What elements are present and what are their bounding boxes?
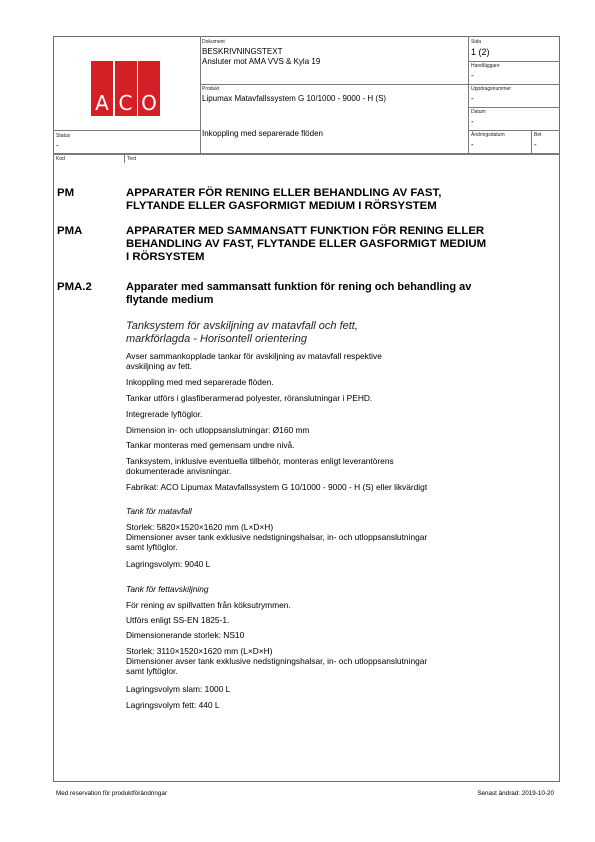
handlaggare-label: Handläggare (471, 63, 500, 69)
paragraph: Tanksystem, inklusive eventuella tillbeh… (126, 456, 546, 476)
section-code-pm: PM (57, 187, 74, 200)
heading-line: flytande medium (126, 294, 526, 307)
paragraph: Dimensionerande storlek: NS10 (126, 630, 546, 640)
produkt-value: Lipumax Matavfallssystem G 10/1000 - 900… (202, 94, 386, 104)
section-heading-pma: APPARATER MED SAMMANSATT FUNKTION FÖR RE… (126, 225, 526, 264)
document-subtitle: Inkoppling med separerade flöden (202, 129, 323, 139)
paragraph: Lagringsvolym fett: 440 L (126, 700, 546, 710)
divider (200, 84, 560, 85)
line: samt lyftöglor. (126, 666, 546, 676)
divider (468, 36, 469, 154)
paragraph: Storlek: 5820×1520×1620 mm (L×D×H) Dimen… (126, 522, 546, 553)
title-line: markförlagda - Horisontell orientering (126, 333, 526, 346)
paragraph: Avser sammankopplade tankar för avskiljn… (126, 351, 546, 371)
line: Dimensioner avser tank exklusive nedstig… (126, 656, 546, 666)
divider (53, 153, 560, 155)
line: dokumenterade anvisningar. (126, 466, 546, 476)
line: Dimensionerande storlek: NS10 (126, 630, 546, 640)
paragraph: För rening av spillvatten från köksutrym… (126, 600, 546, 610)
line: samt lyftöglor. (126, 542, 546, 552)
line: Lagringsvolym slam: 1000 L (126, 684, 546, 694)
line: Tankar utförs i glasfiberarmerad polyest… (126, 393, 546, 403)
paragraph: Lagringsvolym: 9040 L (126, 559, 546, 569)
tank-matavfall-heading: Tank för matavfall (126, 506, 192, 516)
line: Avser sammankopplade tankar för avskiljn… (126, 351, 546, 361)
line: Storlek: 3110×1520×1620 mm (L×D×H) (126, 646, 546, 656)
dokument-line-2: Ansluter mot AMA VVS & Kyla 19 (202, 57, 320, 67)
line: Storlek: 5820×1520×1620 mm (L×D×H) (126, 522, 546, 532)
andringsdatum-value: - (471, 140, 474, 150)
product-title: Tanksystem för avskiljning av matavfall … (126, 320, 526, 346)
heading-line: APPARATER MED SAMMANSATT FUNKTION FÖR RE… (126, 225, 526, 238)
paragraph: Dimension in- och utloppsanslutningar: Ø… (126, 425, 546, 435)
aco-logo: A C O (91, 61, 160, 116)
handlaggare-value: - (471, 71, 474, 81)
divider (200, 36, 201, 154)
line: Dimensioner avser tank exklusive nedstig… (126, 532, 546, 542)
paragraph: Integrerade lyftöglor. (126, 409, 546, 419)
paragraph: Utförs enligt SS-EN 1825-1. (126, 615, 546, 625)
line: avskiljning av fett. (126, 361, 546, 371)
dokument-label: Dokument (202, 39, 225, 45)
heading-line: BEHANDLING AV FAST, FLYTANDE ELLER GASFO… (126, 238, 526, 251)
footer-last-modified: Senast ändrad: 2019-10-20 (477, 790, 554, 797)
paragraph: Inkoppling med med separerade flöden. (126, 377, 546, 387)
paragraph: Tankar monteras med gemensam undre nivå. (126, 440, 546, 450)
uppdragsnummer-value: - (471, 94, 474, 104)
uppdragsnummer-label: Uppdragsnummer (471, 86, 511, 92)
line: Integrerade lyftöglor. (126, 409, 546, 419)
produkt-label: Produkt (202, 86, 219, 92)
paragraph: Fabrikat: ACO Lipumax Matavfallssystem G… (126, 482, 546, 492)
divider (53, 130, 200, 131)
line: Utförs enligt SS-EN 1825-1. (126, 615, 546, 625)
bet-label: Bet (534, 132, 542, 138)
line: Dimension in- och utloppsanslutningar: Ø… (126, 425, 546, 435)
divider (468, 61, 560, 62)
divider (468, 130, 560, 131)
andringsdatum-label: Ändringsdatum (471, 132, 505, 138)
logo-letter: O (138, 93, 160, 113)
line: För rening av spillvatten från köksutrym… (126, 600, 546, 610)
paragraph: Tankar utförs i glasfiberarmerad polyest… (126, 393, 546, 403)
section-heading-pma2: Apparater med sammansatt funktion för re… (126, 281, 526, 307)
sida-value: 1 (2) (471, 47, 490, 57)
title-line: Tanksystem för avskiljning av matavfall … (126, 320, 526, 333)
section-code-pma: PMA (57, 225, 82, 238)
paragraph: Lagringsvolym slam: 1000 L (126, 684, 546, 694)
line: Lagringsvolym: 9040 L (126, 559, 546, 569)
divider (531, 130, 532, 154)
datum-label: Datum (471, 109, 486, 115)
datum-value: - (471, 117, 474, 127)
line: Tanksystem, inklusive eventuella tillbeh… (126, 456, 546, 466)
sida-label: Sida (471, 39, 481, 45)
status-label: Status (56, 133, 70, 139)
line: Tankar monteras med gemensam undre nivå. (126, 440, 546, 450)
paragraph: Storlek: 3110×1520×1620 mm (L×D×H) Dimen… (126, 646, 546, 677)
line: Fabrikat: ACO Lipumax Matavfallssystem G… (126, 482, 546, 492)
heading-line: FLYTANDE ELLER GASFORMIGT MEDIUM I RÖRSY… (126, 200, 526, 213)
heading-line: I RÖRSYSTEM (126, 251, 526, 264)
heading-line: Apparater med sammansatt funktion för re… (126, 281, 526, 294)
section-code-pma2: PMA.2 (57, 281, 92, 294)
kod-column-label: Kod (56, 156, 65, 162)
text-column-label: Text (127, 156, 136, 162)
footer-disclaimer: Med reservation för produktförändringar (56, 790, 167, 797)
logo-letter: A (91, 93, 113, 113)
logo-letter: C (115, 93, 137, 113)
divider (468, 107, 560, 108)
status-value: - (56, 141, 59, 151)
bet-value: - (534, 140, 537, 150)
section-heading-pm: APPARATER FÖR RENING ELLER BEHANDLING AV… (126, 187, 526, 213)
dokument-line-1: BESKRIVNINGSTEXT (202, 47, 282, 57)
tank-fett-heading: Tank för fettavskiljning (126, 584, 209, 594)
line: Lagringsvolym fett: 440 L (126, 700, 546, 710)
divider (124, 155, 125, 163)
heading-line: APPARATER FÖR RENING ELLER BEHANDLING AV… (126, 187, 526, 200)
